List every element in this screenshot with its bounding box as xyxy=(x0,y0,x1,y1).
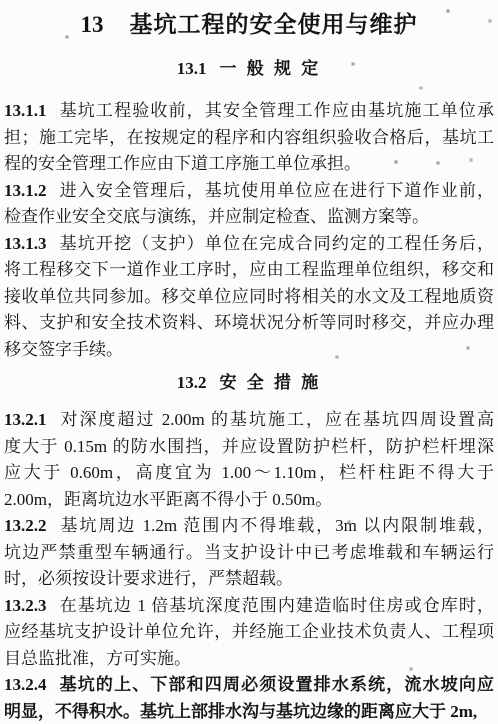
paragraph-line: 13.2.2基坑周边 1.2m 范围内不得堆载，3m 以内限制堆载， xyxy=(4,513,494,540)
scan-noise xyxy=(0,0,2,2)
paragraph-line: 13.2.1对深度超过 2.00m 的基坑施工，应在基坑四周设置高 xyxy=(4,407,494,434)
paragraph-line: 担；施工完毕，在按规定的程序和内容组织验收合格后，基坑工 xyxy=(4,125,494,152)
paragraph-line: 应大于 0.60m，高度宜为 1.00～1.10m，栏杆柱距不得大于 xyxy=(4,460,494,487)
chapter-title: 13基坑工程的安全使用与维护 xyxy=(4,0,494,40)
paragraph-line: 接收单位共同参加。移交单位应同时将相关的水文及工程地质资 xyxy=(4,284,494,311)
chapter-number: 13 xyxy=(81,12,104,37)
section-number: 13.2 xyxy=(177,373,207,392)
section-number: 13.1 xyxy=(177,59,207,78)
paragraph-line: 时，必须按设计要求进行，严禁超载。 xyxy=(4,566,494,593)
paragraph-line: 度大于 0.15m 的防水围挡，并应设置防护栏杆，防护栏杆埋深 xyxy=(4,434,494,461)
paragraph-number: 13.1.3 xyxy=(4,234,47,253)
section-title-text: 一 般 规 定 xyxy=(220,59,322,78)
paragraph-line: 目总监批准，方可实施。 xyxy=(4,646,494,673)
paragraph-line: 2.00m，距离坑边水平距离不得小于 0.50m。 xyxy=(4,487,494,514)
paragraph-line: 13.1.3基坑开挖（支护）单位在完成合同约定的工程任务后， xyxy=(4,231,494,258)
paragraph-line: 坑边严禁重型车辆通行。当支护设计中已考虑堆载和车辆运行 xyxy=(4,540,494,567)
section-heading: 13.2安 全 措 施 xyxy=(4,372,494,393)
paragraph-line: 13.2.4基坑的上、下部和四周必须设置排水系统，流水坡向应 xyxy=(4,672,494,699)
paragraph-number: 13.1.2 xyxy=(4,181,47,200)
paragraph-number: 13.2.2 xyxy=(4,516,47,535)
paragraph-line: 明显，不得积水。基坑上部排水沟与基坑边缘的距离应大于 2m, xyxy=(4,699,494,724)
paragraph-line: 将工程移交下一道作业工序时，应由工程监理单位组织，移交和 xyxy=(4,257,494,284)
chapter-title-text: 基坑工程的安全使用与维护 xyxy=(130,12,418,37)
section-title-text: 安 全 措 施 xyxy=(220,373,322,392)
section-heading: 13.1一 般 规 定 xyxy=(4,58,494,79)
paragraph-line: 移交签字手续。 xyxy=(4,337,494,364)
paragraph-line: 13.2.3在基坑边 1 倍基坑深度范围内建造临时住房或仓库时， xyxy=(4,593,494,620)
document-body: 13.1一 般 规 定13.1.1基坑工程验收前，其安全管理工作应由基坑施工单位… xyxy=(4,58,494,724)
document-page: 13基坑工程的安全使用与维护 13.1一 般 规 定13.1.1基坑工程验收前，… xyxy=(0,0,498,724)
paragraph-line: 13.1.1基坑工程验收前，其安全管理工作应由基坑施工单位承 xyxy=(4,98,494,125)
paragraph-line: 程的安全管理工作应由下道工序施工单位承担。 xyxy=(4,151,494,178)
paragraph-line: 13.1.2进入安全管理后，基坑使用单位应在进行下道作业前， xyxy=(4,178,494,205)
paragraph-line: 检查作业安全交底与演练，并应制定检查、监测方案等。 xyxy=(4,204,494,231)
paragraph-number: 13.2.4 xyxy=(4,675,47,694)
paragraph-line: 应经基坑支护设计单位允许，并经施工企业技术负责人、工程项 xyxy=(4,619,494,646)
paragraph-number: 13.1.1 xyxy=(4,101,47,120)
paragraph-line: 料、支护和安全技术资料、环境状况分析等同时移交，并应办理 xyxy=(4,310,494,337)
paragraph-number: 13.2.1 xyxy=(4,410,47,429)
paragraph-number: 13.2.3 xyxy=(4,596,47,615)
